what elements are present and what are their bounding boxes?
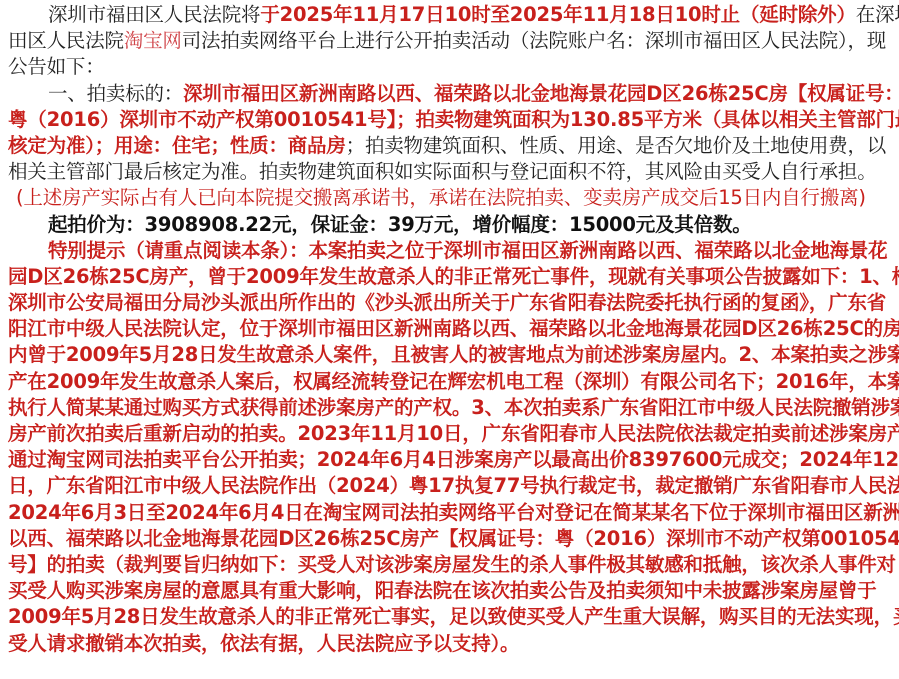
special-notice-line: 2009年5月28日发生故意杀人的非正常死亡事实，足以致使买受人产生重大误解，购…	[8, 604, 893, 630]
taobao-link[interactable]: 淘宝网	[124, 29, 182, 52]
special-notice-line: 内曾于2009年5月28日发生故意杀人案件，且被害人的被害地点为前述涉案房屋内。…	[8, 342, 893, 368]
special-notice-line: 以西、福荣路以北金地海景花园D区26栋25C房产【权属证号：粤（2016）深圳市…	[8, 526, 893, 552]
pricing-line: 起拍价为：3908908.22元，保证金：39万元，增价幅度：15000元及其倍…	[8, 212, 893, 238]
special-notice-line: 阳江市中级人民法院认定，位于深圳市福田区新洲南路以西、福荣路以北金地海景花园D区…	[8, 316, 893, 342]
section1-line-1: 一、拍卖标的：深圳市福田区新洲南路以西、福荣路以北金地海景花园D区26栋25C房…	[8, 81, 893, 107]
intro-text: 公告如下：	[8, 55, 105, 78]
special-notice-line: 2024年6月3日至2024年6月4日在淘宝网司法拍卖网络平台对登记在简某某名下…	[8, 500, 893, 526]
special-notice-line: 日，广东省阳江市中级人民法院作出（2024）粤17执复77号执行裁定书，裁定撤销…	[8, 473, 893, 499]
special-notice-line: 深圳市公安局福田分局沙头派出所作出的《沙头派出所关于广东省阳春法院委托执行函的复…	[8, 290, 893, 316]
occupant-note: (上述房产实际占有人已向本院提交搬离承诺书，承诺在法院拍卖、变卖房产成交后15日…	[8, 185, 893, 211]
section1-heading: 一、拍卖标的：	[48, 82, 183, 105]
special-notice-line: 特别提示（请重点阅读本条）：本案拍卖之位于深圳市福田区新洲南路以西、福荣路以北金…	[8, 238, 893, 264]
special-notice-line: 执行人简某某通过购买方式获得前述涉案房产的产权。3、本次拍卖系广东省阳江市中级人…	[8, 395, 893, 421]
special-notice-line: 受人请求撤销本次拍卖，依法有据，人民法院应予以支持）。	[8, 631, 893, 657]
intro-line-1: 深圳市福田区人民法院将于2025年11月17日10时至2025年11月18日10…	[8, 2, 893, 28]
special-notice-line: 号】的拍卖（裁判要旨归纳如下：买受人对该涉案房屋发生的杀人事件极其敏感和抵触，该…	[8, 552, 893, 578]
intro-line-3: 公告如下：	[8, 54, 893, 80]
section1-line-2: 粤（2016）深圳市不动产权第0010541号】；拍卖物建筑面积为130.85平…	[8, 107, 893, 133]
section1-text: ；拍卖物建筑面积、性质、用途、是否欠地价及土地使用费，以	[346, 134, 886, 157]
auction-period: 于2025年11月17日10时至2025年11月18日10时止（延时除外）	[260, 3, 855, 26]
special-notice-line: 房产前次拍卖后重新启动的拍卖。2023年11月10日，广东省阳春市人民法院依法裁…	[8, 421, 893, 447]
section1-line-4: 相关主管部门最后核定为准。拍卖物建筑面积如实际面积与登记面积不符，其风险由买受人…	[8, 159, 893, 185]
intro-court-text: 深圳市福田区人民法院将	[48, 3, 260, 26]
special-notice-line: 通过淘宝网司法拍卖平台公开拍卖；2024年6月4日涉案房产以最高出价839760…	[8, 447, 893, 473]
intro-text: 田区人民法院	[8, 29, 124, 52]
special-notice-line: 园D区26栋25C房产，曾于2009年发生故意杀人的非正常死亡事件，现就有关事项…	[8, 264, 893, 290]
special-notice-line: 买受人购买涉案房屋的意愿具有重大影响，阳春法院在该次拍卖公告及拍卖须知中未披露涉…	[8, 578, 893, 604]
intro-line-2: 田区人民法院淘宝网司法拍卖网络平台上进行公开拍卖活动（法院账户名：深圳市福田区人…	[8, 28, 893, 54]
auction-announcement: 深圳市福田区人民法院将于2025年11月17日10时至2025年11月18日10…	[0, 0, 899, 657]
intro-text-cont: 在深圳市福	[856, 3, 899, 26]
property-usage: 核定为准）；用途：住宅；性质：商品房	[8, 134, 346, 157]
section1-line-3: 核定为准）；用途：住宅；性质：商品房；拍卖物建筑面积、性质、用途、是否欠地价及土…	[8, 133, 893, 159]
special-notice-line: 产在2009年发生故意杀人案后，权属经流转登记在辉宏机电工程（深圳）有限公司名下…	[8, 369, 893, 395]
intro-text-cont: 司法拍卖网络平台上进行公开拍卖活动（法院账户名：深圳市福田区人民法院），现	[182, 29, 886, 52]
property-address: 深圳市福田区新洲南路以西、福荣路以北金地海景花园D区26栋25C房【权属证号：	[183, 82, 899, 105]
